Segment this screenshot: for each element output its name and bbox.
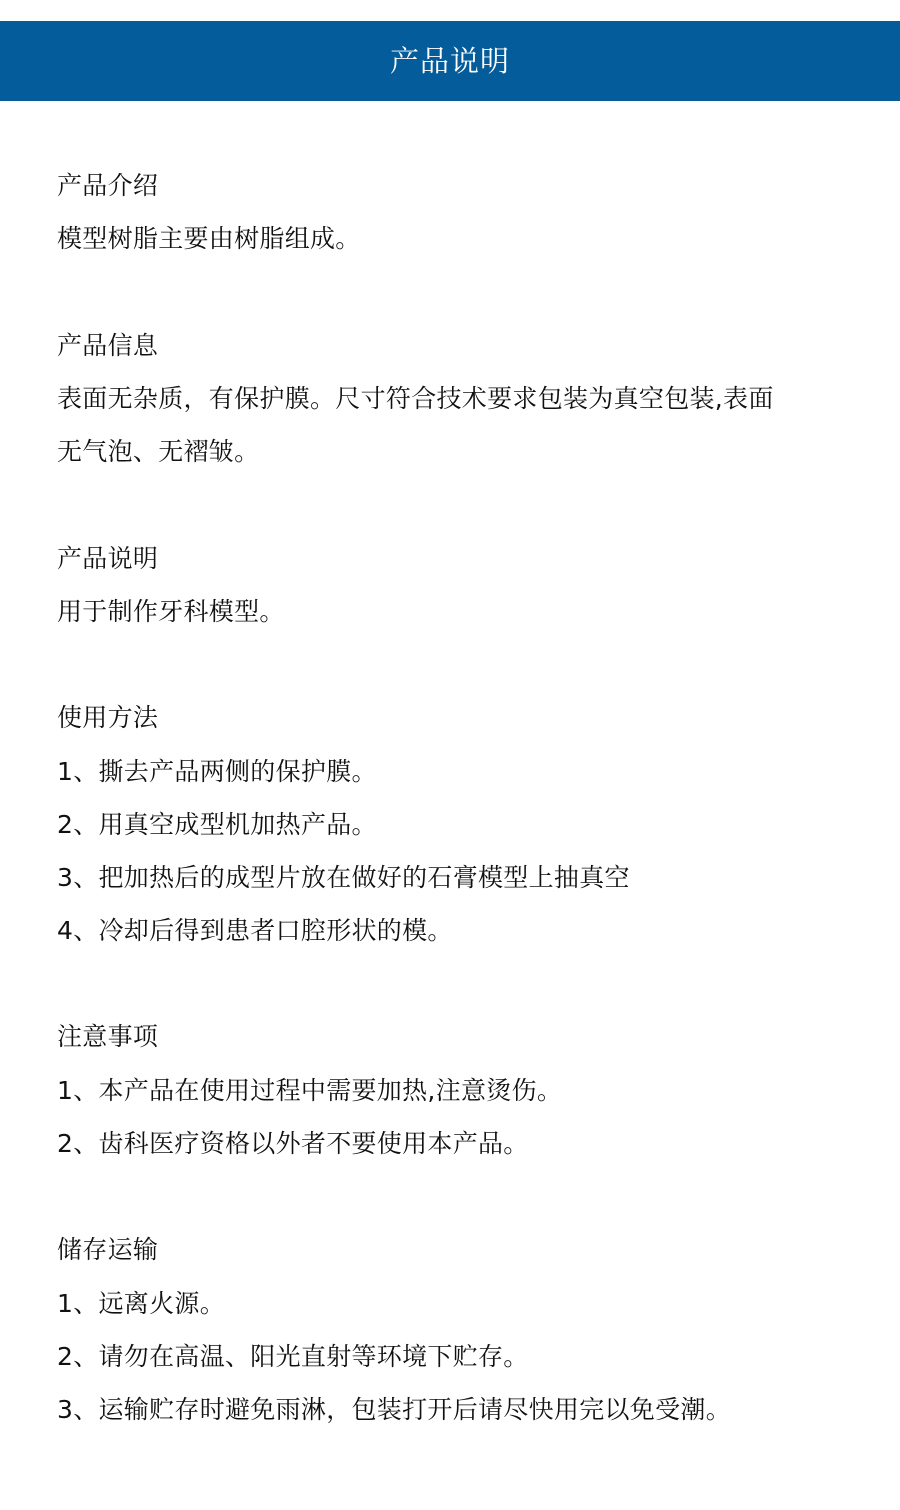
list-item: 2、齿科医疗资格以外者不要使用本产品。	[57, 1128, 529, 1160]
page-title: 产品说明	[390, 47, 510, 76]
list-item: 4、冷却后得到患者口腔形状的模。	[57, 915, 453, 947]
list-item: 1、撕去产品两侧的保护膜。	[57, 756, 377, 788]
section-text: 表面无杂质，有保护膜。尺寸符合技术要求包装为真空包装,表面	[57, 383, 774, 415]
list-item: 2、请勿在高温、阳光直射等环境下贮存。	[57, 1341, 529, 1373]
section-text: 用于制作牙科模型。	[57, 596, 285, 628]
list-item: 1、本产品在使用过程中需要加热,注意烫伤。	[57, 1075, 562, 1107]
section-heading: 产品说明	[57, 543, 158, 575]
list-item: 2、用真空成型机加热产品。	[57, 809, 377, 841]
section-text: 模型树脂主要由树脂组成。	[57, 223, 361, 255]
list-item: 3、把加热后的成型片放在做好的石膏模型上抽真空	[57, 862, 630, 894]
section-heading: 储存运输	[57, 1234, 158, 1266]
list-item: 3、运输贮存时避免雨淋，包装打开后请尽快用完以免受潮。	[57, 1394, 731, 1426]
section-heading: 产品介绍	[57, 170, 158, 202]
list-item: 1、远离火源。	[57, 1288, 225, 1320]
section-text: 无气泡、无褶皱。	[57, 436, 259, 468]
section-heading: 使用方法	[57, 702, 158, 734]
header-bar: 产品说明	[0, 21, 900, 101]
section-heading: 注意事项	[57, 1021, 158, 1053]
section-heading: 产品信息	[57, 330, 158, 362]
